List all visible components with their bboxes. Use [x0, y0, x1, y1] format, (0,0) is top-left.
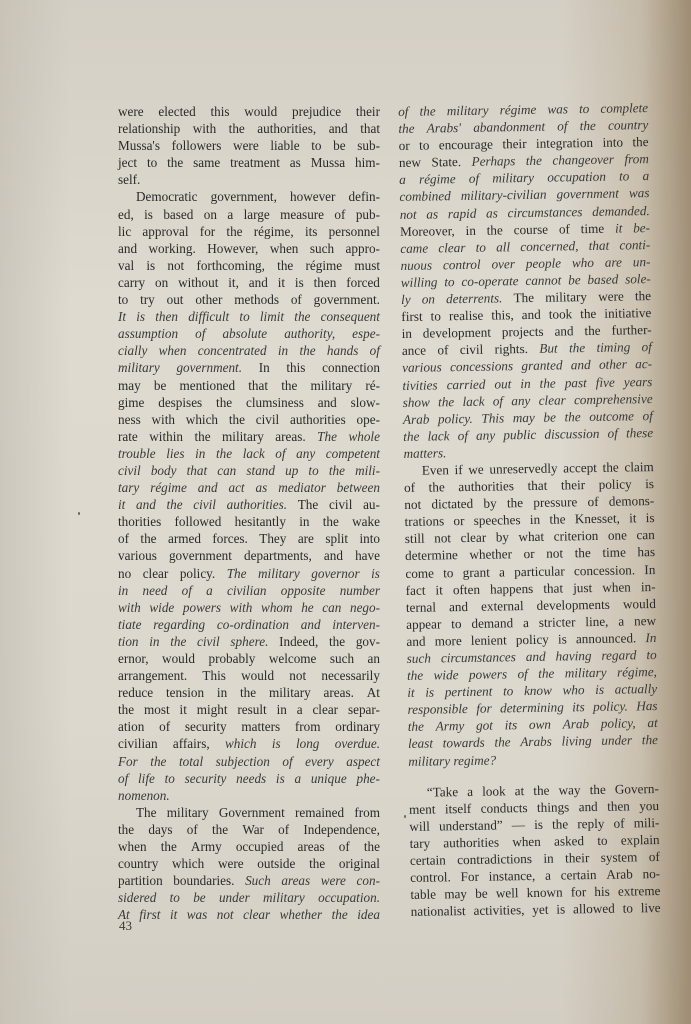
- roman-word: on: [204, 206, 217, 223]
- left-text-column: wereelectedthiswouldprejudicetheirrelati…: [118, 103, 380, 924]
- roman-word: War: [242, 821, 264, 838]
- italic-word: cially: [118, 342, 147, 359]
- italic-word: This: [481, 409, 504, 426]
- italic-word: co-operate: [461, 272, 518, 290]
- roman-word: military: [310, 377, 352, 394]
- italic-word: needs: [236, 770, 266, 787]
- italic-word: living: [561, 733, 591, 751]
- italic-word: the: [494, 734, 510, 751]
- roman-word: split: [325, 530, 348, 547]
- italic-word: authorities.: [227, 496, 287, 513]
- roman-word: table: [410, 886, 436, 903]
- text-line: itandthecivilauthorities.Thecivilau-: [118, 496, 380, 513]
- roman-word: when: [602, 578, 631, 596]
- roman-word: first: [401, 308, 423, 325]
- roman-word: their: [356, 103, 380, 120]
- roman-word: the: [428, 478, 444, 495]
- roman-word: not: [167, 257, 184, 274]
- italic-word: sole-: [625, 270, 651, 287]
- roman-word: the: [323, 513, 339, 530]
- roman-word: stricter: [539, 613, 576, 631]
- text-line: oflifetosecurityneedsisauniquephe-: [118, 770, 380, 787]
- roman-word: integration: [536, 134, 593, 152]
- italic-word: all: [496, 238, 510, 255]
- text-line: inneedofacivilianoppositenumber: [118, 582, 380, 599]
- roman-word: personnel: [329, 223, 380, 240]
- italic-word: policy.: [438, 410, 473, 428]
- roman-word: a: [523, 614, 529, 631]
- roman-word: prejudice: [292, 103, 341, 120]
- roman-word: is: [295, 274, 304, 291]
- italic-word: regarding: [153, 616, 205, 633]
- roman-word: the: [309, 855, 325, 872]
- italic-word: from: [624, 150, 649, 167]
- text-line: partitionboundaries.Suchareaswerecon-: [118, 872, 380, 889]
- roman-word: other: [195, 291, 222, 308]
- roman-word: the: [229, 411, 245, 428]
- italic-word: of: [282, 753, 292, 770]
- italic-word: a: [206, 582, 213, 599]
- italic-word: of: [517, 665, 528, 682]
- italic-word: other: [599, 356, 627, 374]
- italic-word: that: [589, 236, 610, 253]
- italic-word: régime,: [617, 663, 657, 681]
- roman-word: would: [162, 650, 195, 667]
- roman-word: be: [333, 137, 345, 154]
- roman-word: and: [522, 306, 541, 323]
- roman-word: the: [118, 821, 134, 838]
- roman-word: appro-: [346, 240, 380, 257]
- italic-word: military-civilian: [461, 186, 547, 204]
- roman-word: measure: [280, 206, 324, 223]
- roman-word: the: [584, 322, 600, 339]
- italic-word: years: [624, 373, 653, 391]
- roman-word: it,: [228, 274, 239, 291]
- roman-word: ernor,: [118, 650, 149, 667]
- italic-word: people: [526, 254, 561, 272]
- roman-word: well: [496, 884, 519, 901]
- roman-word: occupied: [236, 838, 284, 855]
- roman-word: reduce: [118, 684, 153, 701]
- roman-word: into: [359, 530, 380, 547]
- text-line: self.: [118, 171, 380, 188]
- roman-word: the: [552, 815, 568, 832]
- italic-word: military: [447, 102, 489, 120]
- roman-word: areas.: [275, 428, 305, 445]
- roman-word: of: [291, 291, 302, 308]
- roman-word: will: [409, 817, 430, 834]
- italic-text: military regime?: [408, 751, 496, 769]
- roman-word: for: [571, 883, 587, 900]
- roman-word: look: [482, 782, 506, 799]
- roman-word: their: [502, 135, 526, 152]
- italic-word: concessions: [450, 358, 513, 376]
- text-line: taryrégimeandactasmediatorbetween: [118, 479, 380, 496]
- italic-word: Army: [436, 717, 465, 735]
- italic-word: wide: [433, 666, 458, 683]
- roman-word: you: [639, 797, 659, 814]
- roman-word: the: [589, 780, 605, 797]
- italic-word: in: [149, 633, 159, 650]
- italic-word: government.: [176, 359, 242, 376]
- roman-word: determine: [405, 547, 458, 565]
- roman-word: new: [399, 154, 421, 171]
- roman-word: which: [186, 411, 218, 428]
- roman-word: in: [277, 701, 287, 718]
- italic-word: with: [118, 599, 141, 616]
- roman-word: In: [259, 359, 270, 376]
- roman-word: took: [549, 305, 573, 322]
- italic-word: rapid: [448, 204, 477, 222]
- italic-word: every: [305, 753, 334, 770]
- italic-word: in: [195, 445, 205, 462]
- roman-word: of: [187, 821, 198, 838]
- italic-word: the: [403, 427, 419, 444]
- roman-word: the: [277, 257, 293, 274]
- italic-word: policy.: [593, 698, 628, 716]
- roman-word: of: [437, 342, 448, 359]
- roman-word: whether: [469, 546, 512, 564]
- roman-word: au-: [363, 496, 380, 513]
- roman-word: and: [249, 274, 268, 291]
- roman-word: come: [405, 564, 434, 582]
- italic-word: when: [159, 342, 187, 359]
- roman-word: without: [178, 274, 218, 291]
- roman-word: civil: [460, 341, 484, 358]
- italic-text: nomenon.: [118, 787, 170, 804]
- italic-word: then: [155, 308, 178, 325]
- italic-word: to: [165, 770, 175, 787]
- roman-word: may: [118, 377, 141, 394]
- roman-word: the: [194, 428, 210, 445]
- roman-word: one: [608, 527, 627, 544]
- roman-word: the: [229, 120, 245, 137]
- roman-word: This: [202, 667, 225, 684]
- italic-word: the: [564, 408, 580, 425]
- roman-word: slow-: [351, 394, 380, 411]
- roman-word: country: [118, 855, 158, 872]
- italic-word: interven-: [332, 616, 380, 633]
- italic-word: having: [555, 647, 591, 665]
- italic-word: under: [219, 889, 250, 906]
- italic-word: know: [524, 682, 552, 700]
- roman-word: of: [278, 821, 289, 838]
- roman-word: not: [289, 667, 306, 684]
- text-line: licapprovalfortherégime,itspersonnel: [118, 223, 380, 240]
- roman-word: forthcoming,: [196, 257, 265, 274]
- roman-word: the: [487, 221, 503, 238]
- roman-word: happens: [490, 580, 533, 598]
- roman-word: this: [210, 103, 229, 120]
- roman-word: thorities: [118, 513, 161, 530]
- roman-word: Arab: [606, 866, 633, 884]
- roman-word: the: [226, 223, 242, 240]
- roman-word: At: [367, 684, 380, 701]
- italic-word: civil: [193, 496, 216, 513]
- italic-word: Arab: [563, 715, 590, 733]
- roman-word: tary: [409, 835, 430, 852]
- italic-word: actually: [615, 680, 658, 698]
- roman-word: of: [559, 220, 570, 237]
- roman-word: rate: [118, 428, 138, 445]
- italic-word: cannot: [525, 271, 561, 289]
- italic-word: co-ordination: [217, 616, 289, 633]
- text-line: valisnotforthcoming,therégimemust: [118, 257, 380, 274]
- paper-speck: [78, 512, 80, 515]
- roman-word: known: [527, 884, 563, 902]
- italic-word: country: [608, 116, 649, 134]
- roman-word: out: [167, 291, 184, 308]
- italic-word: régime: [150, 479, 187, 496]
- italic-word: whole: [348, 428, 380, 445]
- roman-word: and: [324, 547, 343, 564]
- roman-word: to: [430, 307, 441, 324]
- roman-word: such: [330, 650, 354, 667]
- roman-word: that: [248, 377, 268, 394]
- roman-word: defin-: [349, 188, 381, 205]
- roman-word: a: [467, 783, 473, 800]
- italic-word: public: [503, 426, 536, 444]
- italic-word: is: [136, 308, 145, 325]
- text-line: tioninthecivilsphere.Indeed,thegov-: [118, 633, 380, 650]
- italic-word: phe-: [356, 770, 379, 787]
- roman-word: the: [167, 154, 183, 171]
- italic-word: with: [230, 599, 253, 616]
- italic-word: a: [642, 167, 649, 184]
- roman-word: has: [637, 543, 655, 560]
- italic-word: first: [139, 906, 160, 923]
- italic-word: these: [626, 424, 653, 442]
- roman-word: probably: [208, 650, 255, 667]
- roman-word: —: [512, 816, 525, 833]
- roman-word: be: [154, 377, 166, 394]
- roman-word: no: [118, 565, 131, 582]
- roman-word: régime: [306, 257, 343, 274]
- roman-word: within: [149, 428, 183, 445]
- text-line: Atfirstitwasnotclearwhethertheidea: [118, 906, 380, 923]
- roman-word: government,: [211, 188, 277, 205]
- text-line: countrywhichwereoutsidetheoriginal: [118, 855, 380, 872]
- italic-word: of: [370, 342, 380, 359]
- roman-word: realise: [449, 307, 484, 325]
- italic-word: clear: [438, 239, 465, 257]
- roman-word: boundaries.: [173, 872, 234, 889]
- italic-word: powers: [469, 665, 507, 683]
- italic-word: are: [605, 253, 622, 270]
- roman-word: from: [354, 804, 380, 821]
- roman-word: the: [533, 781, 549, 798]
- roman-word: were: [218, 855, 244, 872]
- roman-word: were: [233, 137, 259, 154]
- italic-word: who: [562, 681, 584, 698]
- roman-word: an: [368, 650, 380, 667]
- italic-word: unique: [311, 770, 347, 787]
- roman-word: is: [646, 509, 655, 526]
- italic-word: was: [629, 185, 650, 202]
- roman-word: have: [355, 547, 380, 564]
- roman-word: wake: [352, 513, 380, 530]
- italic-word: be: [193, 889, 205, 906]
- roman-word: of: [613, 814, 624, 831]
- italic-word: timing: [596, 339, 630, 357]
- roman-word: for: [200, 223, 215, 240]
- italic-word: policy,: [601, 715, 636, 733]
- roman-word: government: [169, 547, 232, 564]
- roman-word: The: [513, 289, 534, 306]
- roman-word: sub-: [357, 137, 380, 154]
- text-line: ofthearmedforces.Theyaresplitinto: [118, 530, 380, 547]
- roman-word: developments: [536, 595, 610, 613]
- roman-word: activities,: [473, 901, 524, 919]
- italic-word: any: [476, 426, 495, 443]
- roman-word: yet: [532, 901, 548, 918]
- italic-word: ly: [401, 291, 411, 308]
- roman-word: projects: [502, 323, 544, 341]
- roman-word: mentioned: [179, 377, 235, 394]
- roman-word: concession.: [574, 561, 635, 579]
- italic-word: of: [398, 103, 409, 120]
- roman-word: when: [118, 838, 147, 855]
- text-line: tiateregardingco-ordinationandinterven-: [118, 616, 380, 633]
- roman-word: unreservedly: [489, 460, 557, 478]
- italic-word: clear: [538, 391, 565, 409]
- roman-word: with: [193, 120, 216, 137]
- italic-word: it: [170, 906, 177, 923]
- italic-word: circumstances: [441, 648, 516, 666]
- italic-word: subjection: [216, 753, 270, 770]
- text-line: assumptionofabsoluteauthority,espe-: [118, 325, 380, 342]
- italic-word: got: [476, 717, 493, 734]
- text-line: whentheArmyoccupiedareasofthe: [118, 838, 380, 855]
- roman-word: of: [159, 718, 170, 735]
- italic-word: carried: [446, 375, 485, 393]
- italic-word: nego-: [350, 599, 380, 616]
- roman-word: ject: [118, 154, 137, 171]
- roman-word: or: [399, 137, 410, 154]
- text-line: civilianaffairs,whichislongoverdue.: [118, 735, 380, 752]
- roman-word: we: [468, 461, 484, 478]
- italic-word: who: [572, 254, 594, 271]
- italic-word: military: [492, 169, 534, 187]
- italic-word: of: [469, 170, 480, 187]
- roman-word: accept: [563, 459, 597, 477]
- italic-word: the: [408, 718, 424, 735]
- italic-word: willing: [401, 273, 438, 291]
- roman-word: would: [244, 103, 277, 120]
- italic-word: to: [308, 462, 318, 479]
- roman-word: authorities: [443, 833, 499, 851]
- text-line: variousgovernmentdepartments,andhave: [118, 547, 380, 564]
- italic-word: occupation.: [318, 889, 380, 906]
- roman-word: time: [581, 219, 605, 236]
- italic-word: In: [645, 629, 656, 646]
- roman-word: security: [185, 718, 227, 735]
- italic-word: mili-: [355, 462, 380, 479]
- roman-word: separ-: [348, 701, 380, 718]
- roman-word: civilian: [118, 735, 158, 752]
- roman-word: is: [645, 475, 654, 492]
- italic-word: under: [601, 732, 632, 750]
- italic-word: the: [398, 120, 414, 137]
- roman-word: by: [483, 495, 496, 512]
- roman-word: that: [527, 477, 547, 494]
- roman-word: Army: [191, 838, 222, 855]
- roman-word: criterion: [554, 527, 599, 545]
- italic-word: Arabs': [427, 119, 462, 137]
- roman-word: of: [118, 530, 129, 547]
- italic-word: For: [118, 753, 138, 770]
- roman-word: Indeed,: [279, 633, 318, 650]
- italic-word: espe-: [352, 325, 380, 342]
- roman-word: time: [602, 544, 626, 561]
- roman-word: the: [632, 133, 648, 150]
- roman-word: line,: [585, 613, 608, 630]
- roman-word: policy: [516, 631, 549, 649]
- italic-word: the: [438, 393, 454, 410]
- italic-word: difficult: [188, 308, 229, 325]
- text-line: relationshipwiththeauthorities,andthat: [118, 120, 380, 137]
- roman-word: areas: [298, 838, 325, 855]
- roman-word: or: [453, 512, 464, 529]
- italic-text: matters.: [403, 444, 446, 462]
- italic-word: the: [419, 102, 435, 119]
- roman-word: pressure: [533, 493, 577, 511]
- italic-word: were: [321, 872, 346, 889]
- roman-word: more: [434, 632, 461, 650]
- roman-word: They: [259, 530, 286, 547]
- roman-word: certain: [561, 866, 597, 884]
- italic-word: any: [511, 392, 530, 409]
- text-line: Itisthendifficulttolimittheconsequent: [118, 308, 380, 325]
- roman-word: a: [227, 206, 233, 223]
- text-line: thedaysoftheWarofIndependence,: [118, 821, 380, 838]
- roman-word: control.: [410, 868, 451, 886]
- roman-word: government.: [314, 291, 380, 308]
- roman-word: and: [579, 798, 598, 815]
- italic-word: may: [513, 409, 535, 426]
- roman-word: departments,: [244, 547, 312, 564]
- roman-word: demons-: [609, 492, 655, 510]
- italic-word: of: [641, 338, 652, 355]
- italic-word: own: [529, 716, 551, 733]
- text-line: Forthetotalsubjectionofeveryaspect: [118, 753, 380, 770]
- roman-word: clumsiness: [246, 394, 304, 411]
- italic-word: governor: [311, 565, 359, 582]
- italic-word: pertinent: [445, 683, 493, 701]
- roman-word: asked: [554, 832, 584, 850]
- italic-word: regard: [601, 646, 636, 664]
- text-line: nomenon.: [118, 787, 380, 804]
- roman-word: from: [295, 718, 321, 735]
- roman-word: the: [212, 821, 228, 838]
- italic-word: stand: [246, 462, 275, 479]
- roman-word: clear: [460, 529, 486, 546]
- italic-word: any: [296, 445, 315, 462]
- roman-word: their: [565, 849, 589, 866]
- roman-word: with: [152, 411, 175, 428]
- roman-word: the: [507, 494, 523, 511]
- roman-word: days: [148, 821, 172, 838]
- italic-word: to: [170, 889, 180, 906]
- italic-word: to: [646, 646, 657, 663]
- text-line: andworking.However,whensuchappro-: [118, 240, 380, 257]
- roman-word: forced: [346, 274, 380, 291]
- italic-word: such: [407, 650, 431, 667]
- italic-word: comprehensive: [574, 390, 653, 408]
- italic-word: opposite: [281, 582, 326, 599]
- italic-word: body: [151, 462, 177, 479]
- roman-word: it: [435, 581, 443, 598]
